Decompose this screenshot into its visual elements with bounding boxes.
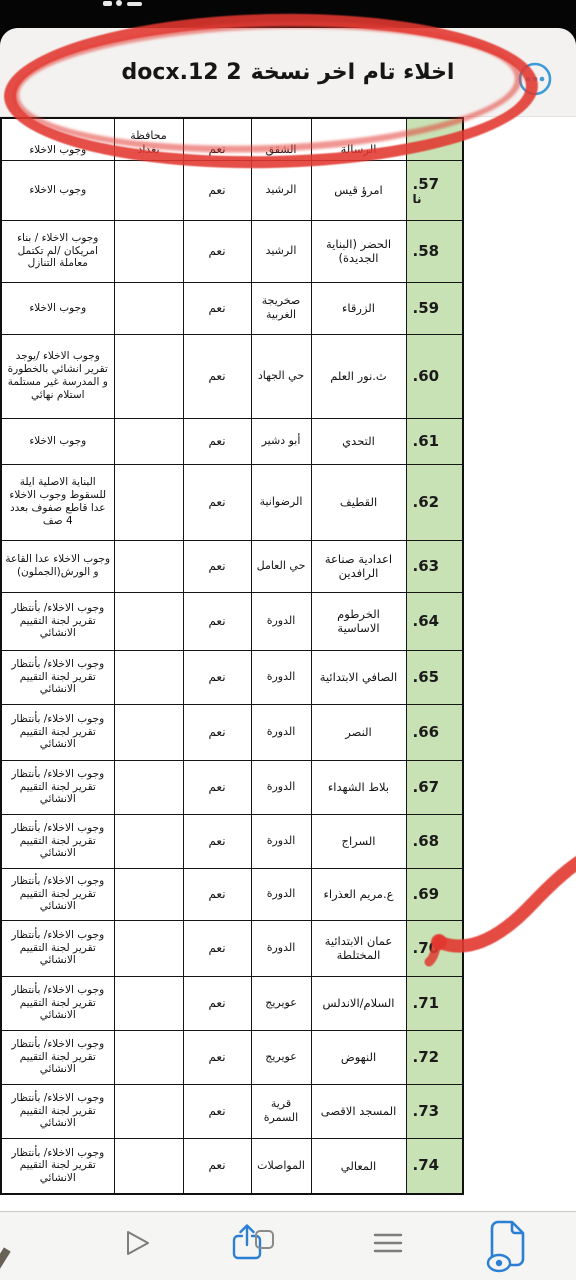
table-row: .70عمان الابتدائية المختلطةالدورةنعموجوب… <box>1 920 463 976</box>
cell-province <box>114 464 183 540</box>
cell-note: وجوب الاخلاء/ بأنتظار تقرير لجنة التقييم… <box>1 760 114 814</box>
table-row: .73المسجد الاقصىقرية السمرةنعموجوب الاخل… <box>1 1084 463 1138</box>
cell-province <box>114 282 183 334</box>
cell-province <box>114 760 183 814</box>
cell-district: عويريج <box>251 976 311 1030</box>
cell-note: البناية الاصلية ايلة للسقوط وجوب الاخلاء… <box>1 464 114 540</box>
cell-district: حي الجهاد <box>251 334 311 418</box>
cell-note: وجوب الاخلاء <box>1 282 114 334</box>
cell-school-name: اعدادية صناعة الرافدين <box>311 540 406 592</box>
cell-yes: نعم <box>183 814 251 868</box>
cell-district: الشقق <box>251 118 311 160</box>
document-title-filename: docx.12 2 <box>122 60 242 85</box>
cell-yes: نعم <box>183 868 251 920</box>
cell-province <box>114 1138 183 1194</box>
cell-note: وجوب الاخلاء/ بأنتظار تقرير لجنة التقييم… <box>1 976 114 1030</box>
table-row: .63اعدادية صناعة الرافدينحي العاملنعموجو… <box>1 540 463 592</box>
bottom-toolbar <box>0 1211 576 1280</box>
cell-number: .74 <box>406 1138 463 1194</box>
cell-school-name: عمان الابتدائية المختلطة <box>311 920 406 976</box>
cell-note: وجوب الاخلاء/ بأنتظار تقرير لجنة التقييم… <box>1 868 114 920</box>
cell-number: .63 <box>406 540 463 592</box>
cell-district: الدورة <box>251 920 311 976</box>
cell-note: وجوب الاخلاء/ بأنتظار تقرير لجنة التقييم… <box>1 1084 114 1138</box>
cell-province <box>114 920 183 976</box>
status-bar-mark <box>103 1 112 6</box>
cell-note: وجوب الاخلاء/ بأنتظار تقرير لجنة التقييم… <box>1 1138 114 1194</box>
cell-yes: نعم <box>183 160 251 220</box>
cell-school-name: المسجد الاقصى <box>311 1084 406 1138</box>
cell-number: .59 <box>406 282 463 334</box>
cell-province <box>114 976 183 1030</box>
cell-school-name: القطيف <box>311 464 406 540</box>
cell-yes: نعم <box>183 760 251 814</box>
cell-school-name: النهوض <box>311 1030 406 1084</box>
cell-province <box>114 160 183 220</box>
cell-number: .67 <box>406 760 463 814</box>
more-options-button[interactable] <box>517 61 553 97</box>
circle-ellipsis-icon <box>517 61 553 97</box>
cell-number: .70 <box>406 920 463 976</box>
cell-number: .72 <box>406 1030 463 1084</box>
table-row: .69ع.مريم العذراءالدورةنعموجوب الاخلاء/ … <box>1 868 463 920</box>
cell-school-name: المعالي <box>311 1138 406 1194</box>
status-bar <box>0 0 576 28</box>
cell-province <box>114 814 183 868</box>
cell-yes: نعم <box>183 592 251 650</box>
menu-icon <box>373 1231 403 1255</box>
cell-note: وجوب الاخلاء <box>1 118 114 160</box>
cell-yes: نعم <box>183 1030 251 1084</box>
cell-province <box>114 334 183 418</box>
cell-district: الرشيد <box>251 160 311 220</box>
table-row: .74المعاليالمواصلاتنعموجوب الاخلاء/ بأنت… <box>1 1138 463 1194</box>
rounded-square-icon <box>255 1230 274 1249</box>
table-row: .61التحديأبو دشيرنعموجوب الاخلاء <box>1 418 463 464</box>
cell-province <box>114 704 183 760</box>
document-header: docx.12 2 اخلاء تام اخر نسخة <box>0 28 576 117</box>
cell-number: .65 <box>406 650 463 704</box>
cell-district: الرضوانية <box>251 464 311 540</box>
table-row: .65الصافي الابتدائيةالدورةنعموجوب الاخلا… <box>1 650 463 704</box>
cell-yes: نعم <box>183 650 251 704</box>
document-preview-button[interactable] <box>485 1219 531 1276</box>
cell-school-name: السراج <box>311 814 406 868</box>
cell-district: الرشيد <box>251 220 311 282</box>
document-viewer: docx.12 2 اخلاء تام اخر نسخة الرسالةالشق… <box>0 28 576 1280</box>
table-row: .59الزرقاءصخريجة الغربيةنعموجوب الاخلاء <box>1 282 463 334</box>
cell-yes: نعم <box>183 220 251 282</box>
cell-district: المواصلات <box>251 1138 311 1194</box>
cell-number: .62 <box>406 464 463 540</box>
menu-button[interactable] <box>373 1231 403 1258</box>
cell-note: وجوب الاخلاء/ بأنتظار تقرير لجنة التقييم… <box>1 704 114 760</box>
document-title-arabic: اخلاء تام اخر نسخة <box>251 60 455 85</box>
cell-district: أبو دشير <box>251 418 311 464</box>
cell-district: حي العامل <box>251 540 311 592</box>
cell-yes: نعم <box>183 334 251 418</box>
cell-note: وجوب الاخلاء /يوجد تقرير انشائي بالخطورة… <box>1 334 114 418</box>
table-row: .64الخرطوم الاساسيةالدورةنعموجوب الاخلاء… <box>1 592 463 650</box>
cell-yes: نعم <box>183 282 251 334</box>
cell-district: صخريجة الغربية <box>251 282 311 334</box>
cell-number: .64 <box>406 592 463 650</box>
cell-school-name: الرسالة <box>311 118 406 160</box>
cell-yes: نعم <box>183 704 251 760</box>
table-row: .71السلام/الاندلسعويريجنعموجوب الاخلاء/ … <box>1 976 463 1030</box>
cell-school-name: الزرقاء <box>311 282 406 334</box>
cell-number: .57نا <box>406 160 463 220</box>
schools-table: الرسالةالشققنعممحافظة بغدادوجوب الاخلاء.… <box>0 117 464 1195</box>
table-row: .60ث.نور العلمحي الجهادنعموجوب الاخلاء /… <box>1 334 463 418</box>
cell-school-name: الصافي الابتدائية <box>311 650 406 704</box>
cell-yes: نعم <box>183 540 251 592</box>
cell-note: وجوب الاخلاء <box>1 160 114 220</box>
cell-school-name: ث.نور العلم <box>311 334 406 418</box>
cell-school-name: الحضر (البناية الجديدة) <box>311 220 406 282</box>
document-title: docx.12 2 اخلاء تام اخر نسخة <box>122 60 455 85</box>
cell-school-name: الخرطوم الاساسية <box>311 592 406 650</box>
cell-school-name: بلاط الشهداء <box>311 760 406 814</box>
cell-number: .60 <box>406 334 463 418</box>
cell-province <box>114 1030 183 1084</box>
cell-district: عويريج <box>251 1030 311 1084</box>
cell-district: الدورة <box>251 760 311 814</box>
cell-yes: نعم <box>183 418 251 464</box>
cell-district: الدورة <box>251 814 311 868</box>
table-row: .67بلاط الشهداءالدورةنعموجوب الاخلاء/ بأ… <box>1 760 463 814</box>
cell-yes: نعم <box>183 976 251 1030</box>
cell-district: الدورة <box>251 868 311 920</box>
cell-yes: نعم <box>183 920 251 976</box>
table-row: .57ناامرؤ قيسالرشيدنعموجوب الاخلاء <box>1 160 463 220</box>
document-eye-icon <box>485 1219 531 1273</box>
cell-yes: نعم <box>183 118 251 160</box>
cell-note: وجوب الاخلاء/ بأنتظار تقرير لجنة التقييم… <box>1 920 114 976</box>
cell-note: وجوب الاخلاء / بناء امريكان /لم تكتمل مع… <box>1 220 114 282</box>
cell-number: .58 <box>406 220 463 282</box>
cell-note: وجوب الاخلاء/ بأنتظار تقرير لجنة التقييم… <box>1 814 114 868</box>
table-row: .68السراجالدورةنعموجوب الاخلاء/ بأنتظار … <box>1 814 463 868</box>
table-body: الرسالةالشققنعممحافظة بغدادوجوب الاخلاء.… <box>1 118 463 1194</box>
cell-number: .68 <box>406 814 463 868</box>
cell-school-name: ع.مريم العذراء <box>311 868 406 920</box>
document-page: الرسالةالشققنعممحافظة بغدادوجوب الاخلاء.… <box>0 117 576 1195</box>
cell-province <box>114 650 183 704</box>
cell-district: الدورة <box>251 704 311 760</box>
cell-school-name: السلام/الاندلس <box>311 976 406 1030</box>
play-icon <box>122 1228 152 1258</box>
cell-number: .71 <box>406 976 463 1030</box>
phone-screen: docx.12 2 اخلاء تام اخر نسخة الرسالةالشق… <box>0 0 576 1280</box>
cell-school-name: امرؤ قيس <box>311 160 406 220</box>
cell-number: .69 <box>406 868 463 920</box>
table-row: الرسالةالشققنعممحافظة بغدادوجوب الاخلاء <box>1 118 463 160</box>
play-button[interactable] <box>122 1228 152 1261</box>
cell-note: وجوب الاخلاء <box>1 418 114 464</box>
cell-school-name: التحدي <box>311 418 406 464</box>
cell-province: محافظة بغداد <box>114 118 183 160</box>
cell-province <box>114 1084 183 1138</box>
cell-note: وجوب الاخلاء عدا القاعة و الورش(الجملون) <box>1 540 114 592</box>
cell-note: وجوب الاخلاء/ بأنتظار تقرير لجنة التقييم… <box>1 650 114 704</box>
cell-district: الدورة <box>251 592 311 650</box>
cell-note: وجوب الاخلاء/ بأنتظار تقرير لجنة التقييم… <box>1 1030 114 1084</box>
cell-number: .73 <box>406 1084 463 1138</box>
table-row: .72النهوضعويريجنعموجوب الاخلاء/ بأنتظار … <box>1 1030 463 1084</box>
cell-number <box>406 118 463 160</box>
cell-yes: نعم <box>183 1138 251 1194</box>
cell-number: .61 <box>406 418 463 464</box>
status-bar-mark <box>127 2 142 6</box>
cell-school-name: النصر <box>311 704 406 760</box>
cell-note: وجوب الاخلاء/ بأنتظار تقرير لجنة التقييم… <box>1 592 114 650</box>
table-row: .62القطيفالرضوانيةنعمالبناية الاصلية ايل… <box>1 464 463 540</box>
cell-district: الدورة <box>251 650 311 704</box>
status-bar-mark <box>116 0 122 6</box>
cell-province <box>114 220 183 282</box>
cell-province <box>114 868 183 920</box>
cell-yes: نعم <box>183 464 251 540</box>
table-row: .58الحضر (البناية الجديدة)الرشيدنعموجوب … <box>1 220 463 282</box>
cell-district: قرية السمرة <box>251 1084 311 1138</box>
table-row: .66النصرالدورةنعموجوب الاخلاء/ بأنتظار ت… <box>1 704 463 760</box>
cell-province <box>114 540 183 592</box>
cell-province <box>114 418 183 464</box>
cell-number: .66 <box>406 704 463 760</box>
cell-yes: نعم <box>183 1084 251 1138</box>
cell-province <box>114 592 183 650</box>
